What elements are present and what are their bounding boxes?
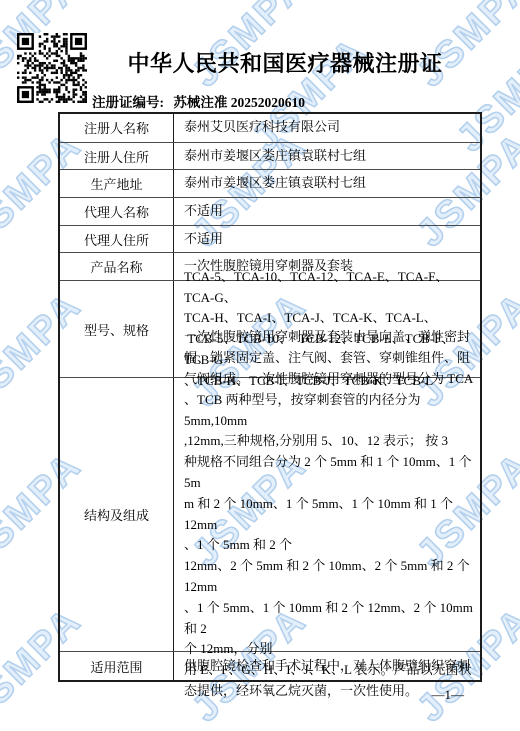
row-label: 注册人住所: [60, 143, 174, 170]
row-value: 一次性腹腔镜用穿刺器及套装由导向盖、弹性密封 帽、锁紧固定盖、注气阀、套管、穿刺…: [174, 325, 480, 703]
registration-number-label: 注册证编号:: [92, 95, 164, 110]
row-value: 不适用: [174, 227, 480, 252]
table-row-structure-composition: 结构及组成 一次性腹腔镜用穿刺器及套装由导向盖、弹性密封 帽、锁紧固定盖、注气阀…: [60, 377, 480, 651]
row-value: 泰州市姜堰区娄庄镇袁联村七组: [174, 171, 480, 196]
registration-number-line: 注册证编号: 苏械注准 20252020610: [92, 91, 305, 111]
certificate-table: 注册人名称 泰州艾贝医疗科技有限公司 注册人住所 泰州市姜堰区娄庄镇袁联村七组 …: [58, 112, 482, 682]
table-row-registrant-address: 注册人住所 泰州市姜堰区娄庄镇袁联村七组: [60, 142, 480, 170]
table-row-agent-name: 代理人名称 不适用: [60, 197, 480, 225]
row-value: 供腹腔镜检查和手术过程中，对人体腹壁组织穿刺: [174, 654, 480, 679]
page-title: 中华人民共和国医疗器械注册证: [50, 47, 520, 78]
table-row-registrant-name: 注册人名称 泰州艾贝医疗科技有限公司: [60, 114, 480, 142]
row-label: 代理人名称: [60, 198, 174, 225]
table-row-agent-address: 代理人住所 不适用: [60, 225, 480, 253]
page-number: —1—: [432, 687, 465, 703]
registration-number-value: 苏械注准 20252020610: [173, 95, 305, 110]
certificate-page: JSMPAJSMPAJSMPAJSMPAJSMPAJSMPAJSMPAJSMPA…: [0, 0, 520, 731]
table-row-production-address: 生产地址 泰州市姜堰区娄庄镇袁联村七组: [60, 169, 480, 197]
row-label: 注册人名称: [60, 114, 174, 142]
row-label: 结构及组成: [60, 378, 174, 651]
row-label: 适用范围: [60, 652, 174, 680]
row-value: 泰州市姜堰区娄庄镇袁联村七组: [174, 144, 480, 169]
row-label: 产品名称: [60, 253, 174, 280]
row-label: 型号、规格: [60, 281, 174, 377]
row-label: 生产地址: [60, 170, 174, 197]
row-label: 代理人住所: [60, 226, 174, 253]
row-value: 泰州艾贝医疗科技有限公司: [174, 115, 480, 140]
row-value: 不适用: [174, 199, 480, 224]
table-row-intended-use: 适用范围 供腹腔镜检查和手术过程中，对人体腹壁组织穿刺: [60, 651, 480, 680]
